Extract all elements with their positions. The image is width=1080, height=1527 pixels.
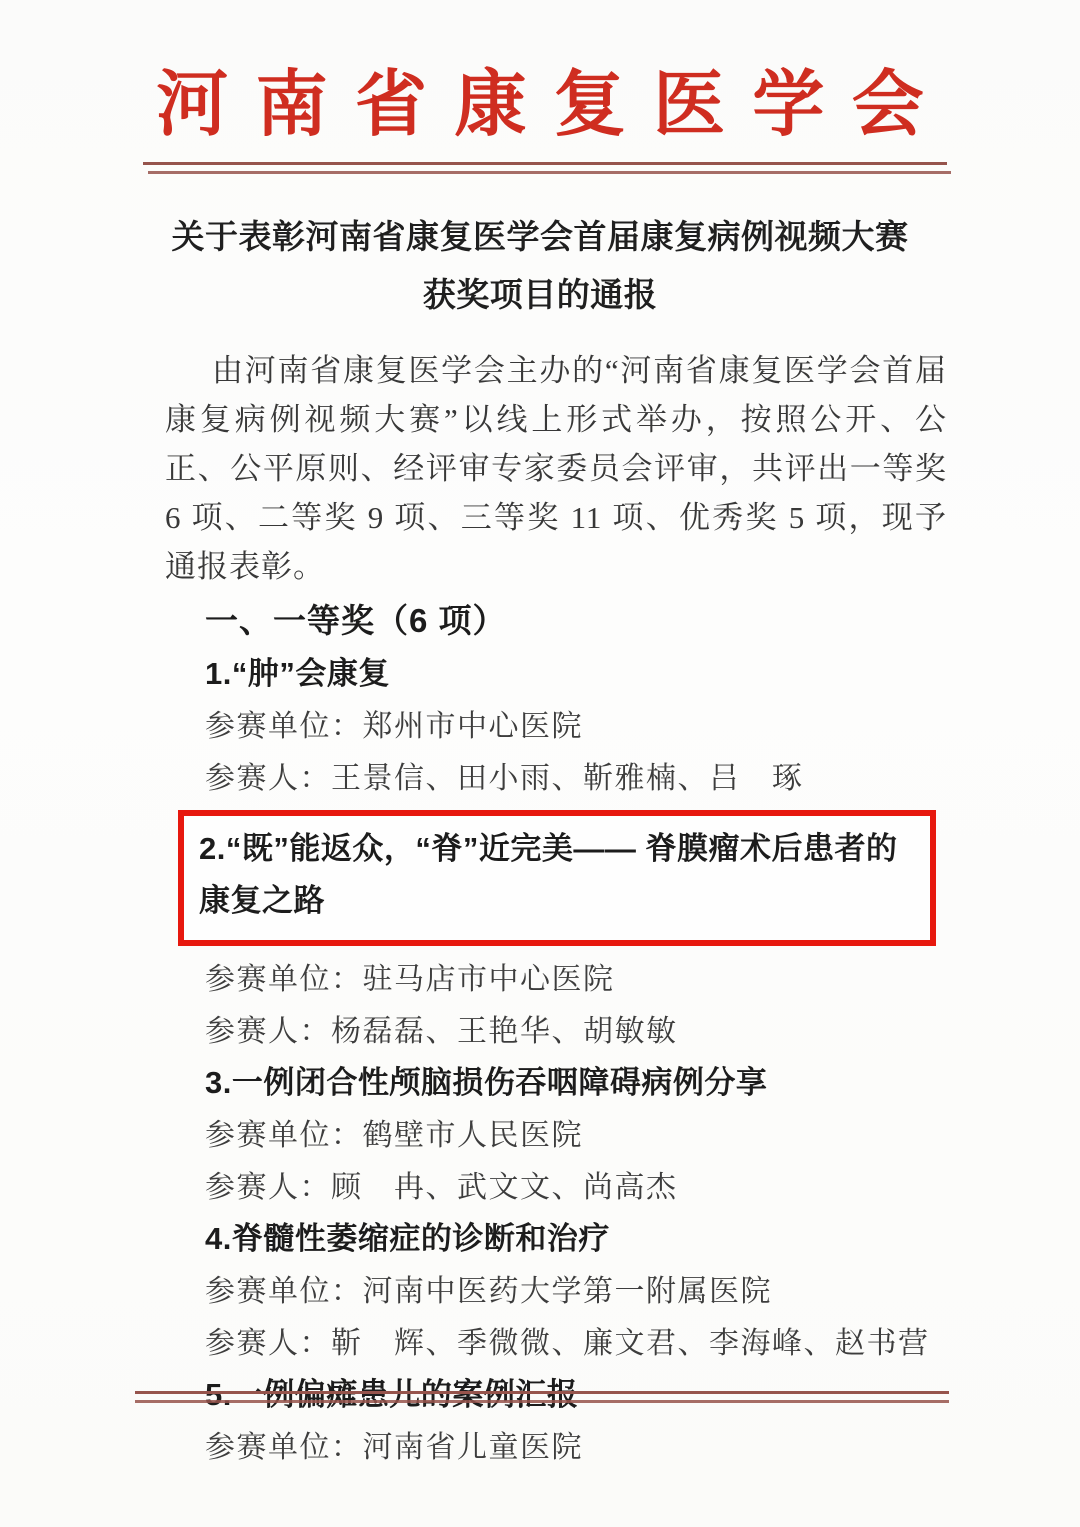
document-title-line1: 关于表彰河南省康复医学会首届康复病例视频大赛 [0, 208, 1080, 266]
document-title: 关于表彰河南省康复医学会首届康复病例视频大赛 获奖项目的通报 [0, 208, 1080, 324]
highlight-box: 2.“既”能返众，“脊”近完美—— 脊膜瘤术后患者的康复之路 [178, 810, 936, 946]
entry-1-unit: 参赛单位：郑州市中心医院 [205, 708, 970, 745]
entry-3-people: 参赛人：顾 冉、武文文、尚高杰 [205, 1169, 970, 1206]
intro-paragraph: 由河南省康复医学会主办的“河南省康复医学会首届康复病例视频大赛”以线上形式举办，… [165, 346, 947, 591]
footer-rules [135, 1391, 949, 1403]
letterhead-org-name: 河南省康复医学会 [0, 62, 1080, 148]
entry-3-title: 3.一例闭合性颅脑损伤吞咽障碍病例分享 [205, 1064, 970, 1102]
entry-2-unit: 参赛单位：驻马店市中心医院 [205, 961, 970, 998]
document-page: 河南省康复医学会 关于表彰河南省康复医学会首届康复病例视频大赛 获奖项目的通报 … [0, 0, 1080, 1527]
letterhead-rule-top [143, 162, 947, 165]
footer-rule-bottom [135, 1400, 949, 1403]
entry-1-title: 1.“肿”会康复 [205, 655, 970, 693]
letterhead-rule-bottom [148, 171, 951, 174]
entry-2-people: 参赛人：杨磊磊、王艳华、胡敏敏 [205, 1013, 970, 1050]
footer-rule-top [135, 1391, 949, 1394]
entry-4-title: 4.脊髓性萎缩症的诊断和治疗 [205, 1220, 970, 1258]
entry-4-unit: 参赛单位：河南中医药大学第一附属医院 [205, 1273, 970, 1310]
section-heading-first-prize: 一、一等奖（6 项） [205, 601, 1080, 641]
entry-3-unit: 参赛单位：鹤壁市人民医院 [205, 1117, 970, 1154]
letterhead: 河南省康复医学会 [0, 0, 1080, 174]
entry-4-people: 参赛人：靳 辉、季微微、廉文君、李海峰、赵书营 [205, 1325, 970, 1362]
entry-2-title: 2.“既”能返众，“脊”近完美—— 脊膜瘤术后患者的康复之路 [199, 823, 912, 927]
document-title-line2: 获奖项目的通报 [0, 266, 1080, 324]
entry-5-unit: 参赛单位：河南省儿童医院 [205, 1429, 970, 1466]
entry-1-people: 参赛人：王景信、田小雨、靳雅楠、吕 琢 [205, 760, 970, 797]
